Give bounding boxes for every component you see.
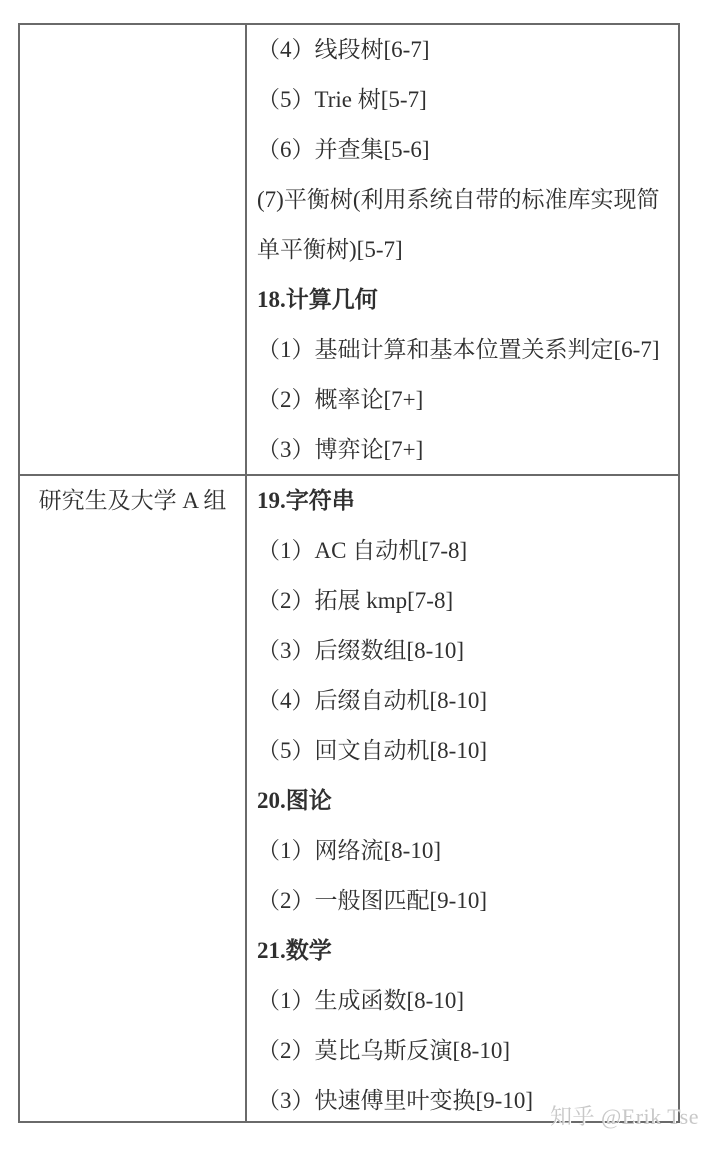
topic-item: （2）一般图匹配[9-10] [257, 876, 676, 926]
section-header: 21.数学 [257, 926, 676, 976]
syllabus-table: （4）线段树[6-7]（5）Trie 树[5-7]（6）并查集[5-6](7)平… [18, 23, 680, 1123]
table-row: （4）线段树[6-7]（5）Trie 树[5-7]（6）并查集[5-6](7)平… [20, 25, 678, 476]
topic-item: （1）生成函数[8-10] [257, 976, 676, 1026]
topic-item: （2）拓展 kmp[7-8] [257, 576, 676, 626]
topic-item: （3）后缀数组[8-10] [257, 626, 676, 676]
section-header: 20.图论 [257, 776, 676, 826]
topic-item: （5）Trie 树[5-7] [257, 75, 676, 125]
topics-cell: （4）线段树[6-7]（5）Trie 树[5-7]（6）并查集[5-6](7)平… [247, 25, 678, 474]
table-row: 研究生及大学 A 组19.字符串（1）AC 自动机[7-8]（2）拓展 kmp[… [20, 476, 678, 1123]
group-label-cell: 研究生及大学 A 组 [20, 476, 247, 1123]
section-header: 18.计算几何 [257, 275, 676, 325]
topic-item: （1）基础计算和基本位置关系判定[6-7] [257, 325, 676, 375]
topic-item: （6）并查集[5-6] [257, 125, 676, 175]
topics-cell: 19.字符串（1）AC 自动机[7-8]（2）拓展 kmp[7-8]（3）后缀数… [247, 476, 678, 1123]
topic-item: （2）莫比乌斯反演[8-10] [257, 1026, 676, 1076]
topic-item: （1）网络流[8-10] [257, 826, 676, 876]
topic-item: （4）线段树[6-7] [257, 25, 676, 75]
group-label: 研究生及大学 A 组 [20, 476, 245, 526]
topic-item: （3）博弈论[7+] [257, 425, 676, 474]
topic-item: (7)平衡树(利用系统自带的标准库实现简单平衡树)[5-7] [257, 175, 676, 275]
topic-item: （1）AC 自动机[7-8] [257, 526, 676, 576]
topic-item: （2）概率论[7+] [257, 375, 676, 425]
group-label-cell [20, 25, 247, 474]
section-header: 19.字符串 [257, 476, 676, 526]
zhihu-watermark: 知乎 @Erik Tse [550, 1100, 699, 1131]
topic-item: （4）后缀自动机[8-10] [257, 676, 676, 726]
topic-item: （5）回文自动机[8-10] [257, 726, 676, 776]
